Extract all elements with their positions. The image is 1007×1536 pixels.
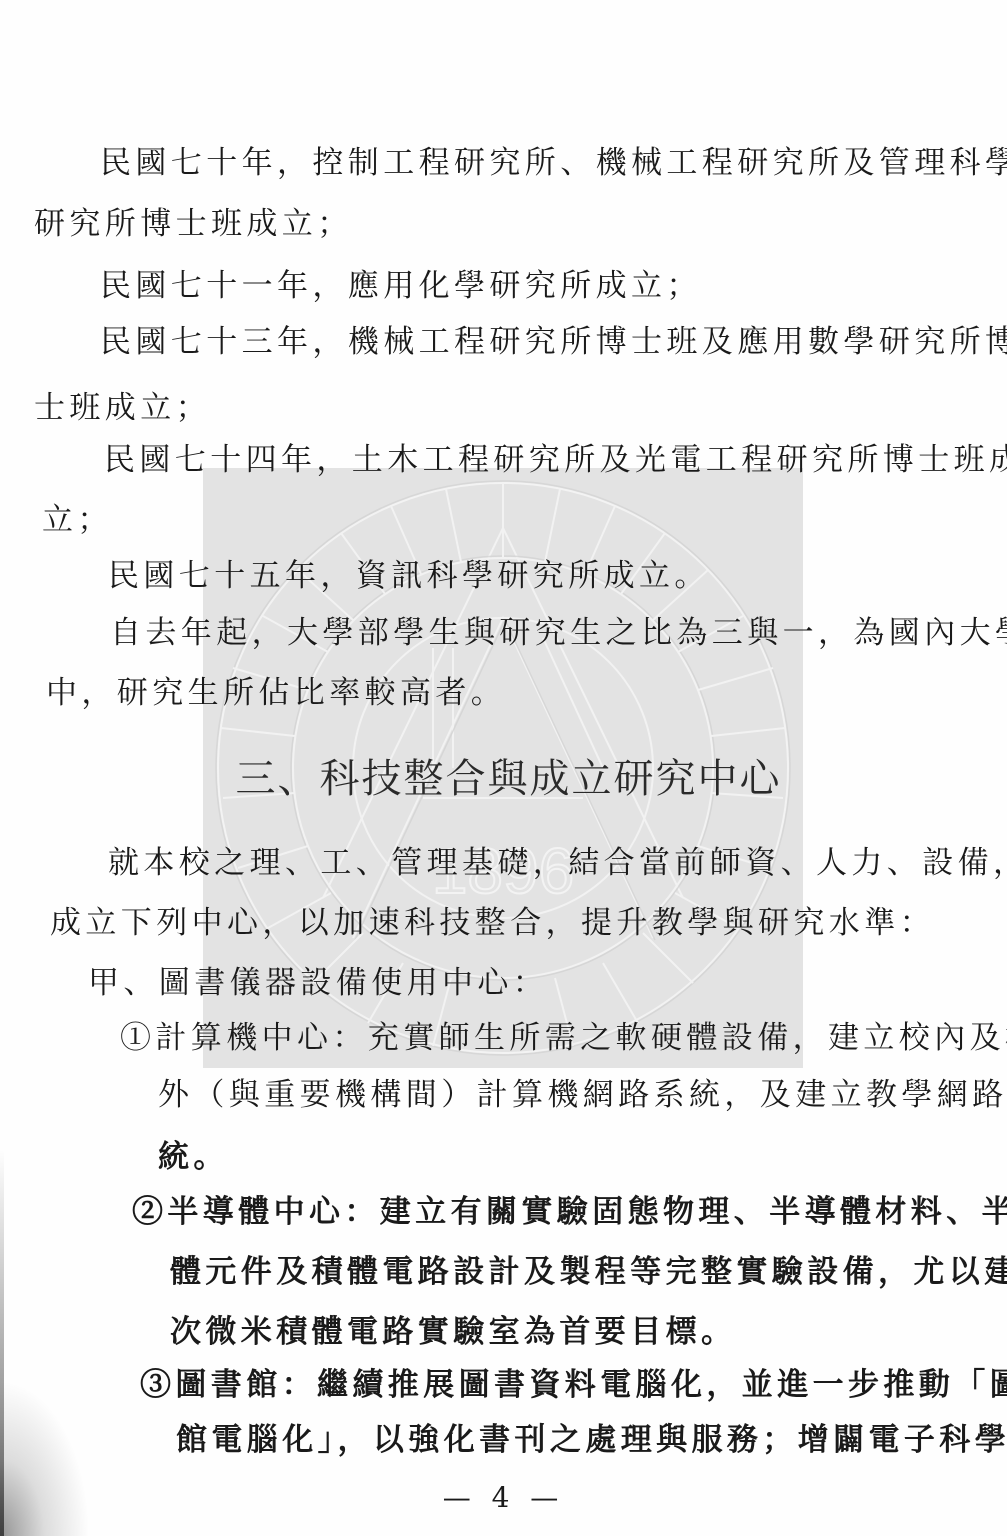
paragraph-line: 研究所博士班成立； — [34, 204, 353, 244]
paragraph-line: 民國七十四年，土木工程研究所及光電工程研究所博士班成 — [104, 440, 1007, 480]
list-item-line: 外（與重要機構間）計算機網路系統，及建立教學網路系 — [158, 1075, 1007, 1115]
paragraph-line: 民國七十年，控制工程研究所、機械工程研究所及管理科學 — [100, 143, 1007, 183]
list-item-line: 統。 — [158, 1137, 229, 1177]
page-number: — 4 — — [0, 1480, 1007, 1516]
paragraph-line: 民國七十三年，機械工程研究所博士班及應用數學研究所博 — [100, 322, 1007, 362]
subsection-heading: 甲、圖書儀器設備使用中心： — [88, 963, 548, 1003]
paragraph-line: 民國七十一年，應用化學研究所成立； — [100, 266, 702, 306]
paragraph-line: 中，研究生所佔比率較高者。 — [46, 673, 506, 713]
paragraph-line: 士班成立； — [34, 388, 211, 428]
list-item-line: 次微米積體電路實驗室為首要目標。 — [170, 1312, 736, 1352]
paragraph-line: 立； — [42, 500, 113, 540]
list-item-computer-center: ①計算機中心：充實師生所需之軟硬體設備，建立校內及校 — [120, 1018, 1007, 1058]
intro-line: 就本校之理、工、管理基礎，結合當前師資、人力、設備， — [108, 843, 1007, 883]
paragraph-line: 自去年起，大學部學生與研究生之比為三與一，為國內大學 — [110, 613, 1007, 653]
list-item-semiconductor-center: ②半導體中心：建立有關實驗固態物理、半導體材料、半導 — [132, 1192, 1007, 1232]
list-item-line: 館電腦化」，以強化書刊之處理與服務；增闢電子科學研 — [176, 1420, 1007, 1460]
intro-line: 成立下列中心，以加速科技整合，提升教學與研究水準： — [50, 903, 935, 943]
paragraph-line: 民國七十五年，資訊科學研究所成立。 — [108, 556, 710, 596]
section-heading: 三、科技整合與成立研究中心 — [0, 755, 1007, 803]
scanned-page: 1896 民國七十年，控制工程研究所、機械工程研究所及管理科學 研究所博士班成立… — [0, 0, 1007, 1536]
list-item-library: ③圖書館：繼續推展圖書資料電腦化，並進一步推動「圖書 — [140, 1365, 1007, 1405]
list-item-line: 體元件及積體電路設計及製程等完整實驗設備，尤以建立 — [170, 1252, 1007, 1292]
